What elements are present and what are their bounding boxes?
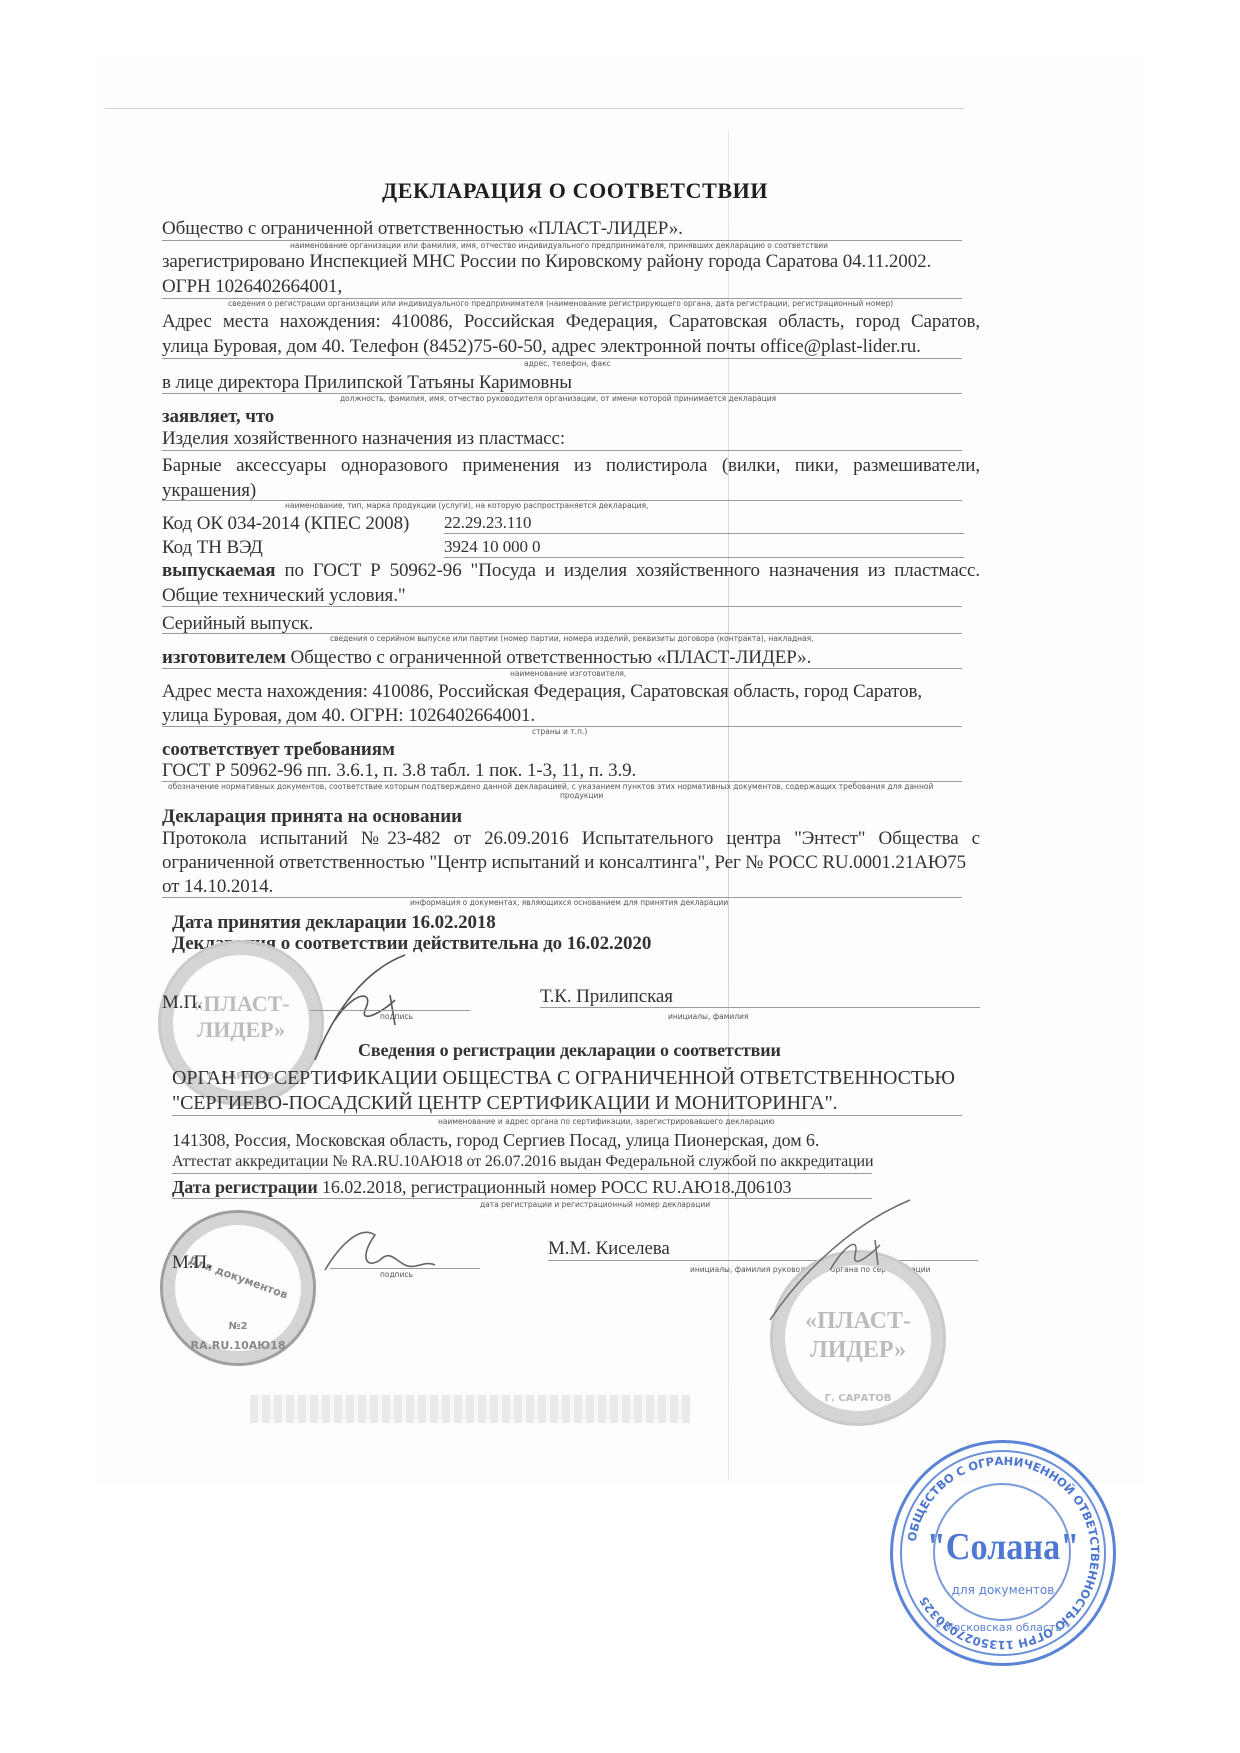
compliance-caption-2: продукции: [560, 791, 603, 800]
registration-date-label: Дата регистрации: [172, 1177, 318, 1197]
manufacturer-caption: наименование изготовителя,: [510, 669, 626, 678]
produced-by-line-1-text: выпускаемая по ГОСТ Р 50962-96 "Посуда и…: [162, 560, 980, 582]
seal-place-2: М.П.: [172, 1252, 212, 1274]
basis-label: Декларация принята на основании: [162, 806, 462, 828]
registration-body-caption: наименование и адрес органа по сертифика…: [438, 1117, 775, 1126]
divider: [162, 606, 962, 607]
product-line-1: Изделия хозяйственного назначения из пла…: [162, 428, 565, 450]
manufacturer-line: изготовителем Общество с ограниченной от…: [162, 647, 811, 669]
represented-caption: должность, фамилия, имя, отчество руково…: [340, 394, 776, 403]
signature-line-1: [310, 1010, 470, 1011]
applicant-name: Общество с ограниченной ответственностью…: [162, 218, 683, 240]
compliance-standard: ГОСТ Р 50962-96 пп. 3.6.1, п. 3.8 табл. …: [162, 760, 636, 782]
registration-address: 141308, Россия, Московская область, горо…: [172, 1130, 819, 1151]
stamp-text-2: ЛИДЕР»: [773, 1337, 943, 1364]
registration-line-1: зарегистрировано Инспекцией МНС России п…: [162, 251, 931, 273]
product-caption: наименование, тип, марка продукции (услу…: [285, 501, 648, 510]
registration-body-1: ОРГАН ПО СЕРТИФИКАЦИИ ОБЩЕСТВА С ОГРАНИЧ…: [172, 1067, 955, 1090]
name-caption-1: инициалы, фамилия: [668, 1012, 748, 1021]
divider: [172, 1173, 872, 1174]
manufacturer-address-2: улица Буровая, дом 40. ОГРН: 10264026640…: [162, 705, 535, 727]
basis-line-3: от 14.10.2014.: [162, 876, 273, 898]
accreditation: Аттестат аккредитации № RA.RU.10АЮ18 от …: [172, 1153, 873, 1171]
registration-line-2: ОГРН 1026402664001,: [162, 276, 342, 298]
signature-line-2: [330, 1268, 480, 1269]
stamp-solana-name: "Солана": [904, 1525, 1102, 1569]
stamp-accreditation: RA.RU.10АЮ18: [163, 1339, 313, 1352]
registration-body-2: "СЕРГИЕВО-ПОСАДСКИЙ ЦЕНТР СЕРТИФИКАЦИИ И…: [172, 1092, 838, 1115]
address-line-1: Адрес места нахождения: 410086, Российск…: [162, 311, 980, 333]
top-rule: [105, 108, 965, 109]
produced-by-text: по ГОСТ Р 50962-96 "Посуда и изделия хоз…: [284, 560, 980, 581]
certification-body-stamp: Для документов №2 RA.RU.10АЮ18: [160, 1210, 316, 1366]
signature-caption-2: подпись: [380, 1270, 413, 1279]
stamp-solana-inner-text: для документов: [893, 1583, 1113, 1597]
stamp-bottom: Г. САРАТОВ: [773, 1393, 943, 1404]
product-line-2: Барные аксессуары одноразового применени…: [162, 455, 980, 477]
compliance-label: соответствует требованиям: [162, 739, 395, 761]
basis-caption: информация о документах, являющихся осно…: [410, 898, 728, 907]
stamp-solana-bottom-text: * Московская область *: [893, 1621, 1113, 1634]
address-line-2: улица Буровая, дом 40. Телефон (8452)75-…: [162, 336, 921, 358]
declares-label: заявляет, что: [162, 406, 274, 428]
address-caption: адрес, телефон, факс: [524, 359, 611, 368]
produced-by-label: выпускаемая: [162, 560, 275, 581]
registration-caption: сведения о регистрации организации или и…: [228, 299, 893, 308]
divider: [172, 1115, 962, 1116]
seal-place-1: М.П.: [162, 992, 202, 1014]
registration-date-text: 16.02.2018, регистрационный номер РОСС R…: [322, 1177, 791, 1197]
manufacturer-address-caption: страны и т.п.): [532, 727, 587, 736]
code-label-okpd: Код ОК 034-2014 (КПЕС 2008): [162, 513, 409, 535]
stamp-number: №2: [163, 1321, 313, 1332]
product-line-2-text: Барные аксессуары одноразового применени…: [162, 455, 980, 477]
code-value-tnved: 3924 10 000 0: [444, 537, 540, 557]
serial-release: Серийный выпуск.: [162, 613, 313, 635]
registration-date: Дата регистрации 16.02.2018, регистрацио…: [172, 1177, 791, 1198]
code-value-okpd: 22.29.23.110: [444, 513, 531, 533]
applicant-name-caption: наименование организации или фамилия, им…: [290, 241, 828, 250]
product-line-3: украшения): [162, 480, 256, 502]
produced-by-line-2: Общие технический условия.": [162, 585, 406, 607]
basis-line-2: ограниченной ответственностью "Центр исп…: [162, 852, 966, 874]
divider: [162, 450, 962, 451]
name-line-1: [540, 1007, 980, 1008]
registration-heading: Сведения о регистрации декларации о соот…: [358, 1040, 781, 1061]
serial-caption: сведения о серийном выпуске или партии (…: [330, 634, 814, 643]
address-line-1-text: Адрес места нахождения: 410086, Российск…: [162, 311, 980, 333]
stamp-solana: ОБЩЕСТВО С ОГРАНИЧЕННОЙ ОТВЕТСТВЕННОСТЬЮ…: [890, 1440, 1116, 1666]
code-label-tnved: Код ТН ВЭД: [162, 537, 263, 559]
signature-icon: [760, 1195, 920, 1325]
divider: [444, 533, 964, 534]
document-title: ДЕКЛАРАЦИЯ О СООТВЕТСТВИИ: [382, 178, 768, 204]
registration-caption: дата регистрации и регистрационный номер…: [480, 1200, 710, 1209]
manufacturer-address-1: Адрес места нахождения: 410086, Российск…: [162, 681, 922, 703]
signatory-name-1: Т.К. Прилипская: [540, 986, 673, 1008]
compliance-caption-1: обозначение нормативных документов, соот…: [168, 782, 933, 791]
acceptance-date: Дата принятия декларации 16.02.2018: [172, 912, 496, 934]
basis-line-1-text: Протокола испытаний №23-482 от 26.09.201…: [162, 828, 980, 850]
produced-by-line-1: выпускаемая по ГОСТ Р 50962-96 "Посуда и…: [162, 560, 980, 582]
signatory-name-2: М.М. Киселева: [548, 1238, 670, 1260]
divider: [444, 557, 964, 558]
signature-caption-1: подпись: [380, 1012, 413, 1021]
bleed-through-text: [250, 1395, 690, 1423]
manufacturer-name: Общество с ограниченной ответственностью…: [290, 647, 811, 668]
manufacturer-label: изготовителем: [162, 647, 286, 668]
represented-by: в лице директора Прилипской Татьяны Кари…: [162, 372, 572, 394]
basis-line-1: Протокола испытаний №23-482 от 26.09.201…: [162, 828, 980, 850]
